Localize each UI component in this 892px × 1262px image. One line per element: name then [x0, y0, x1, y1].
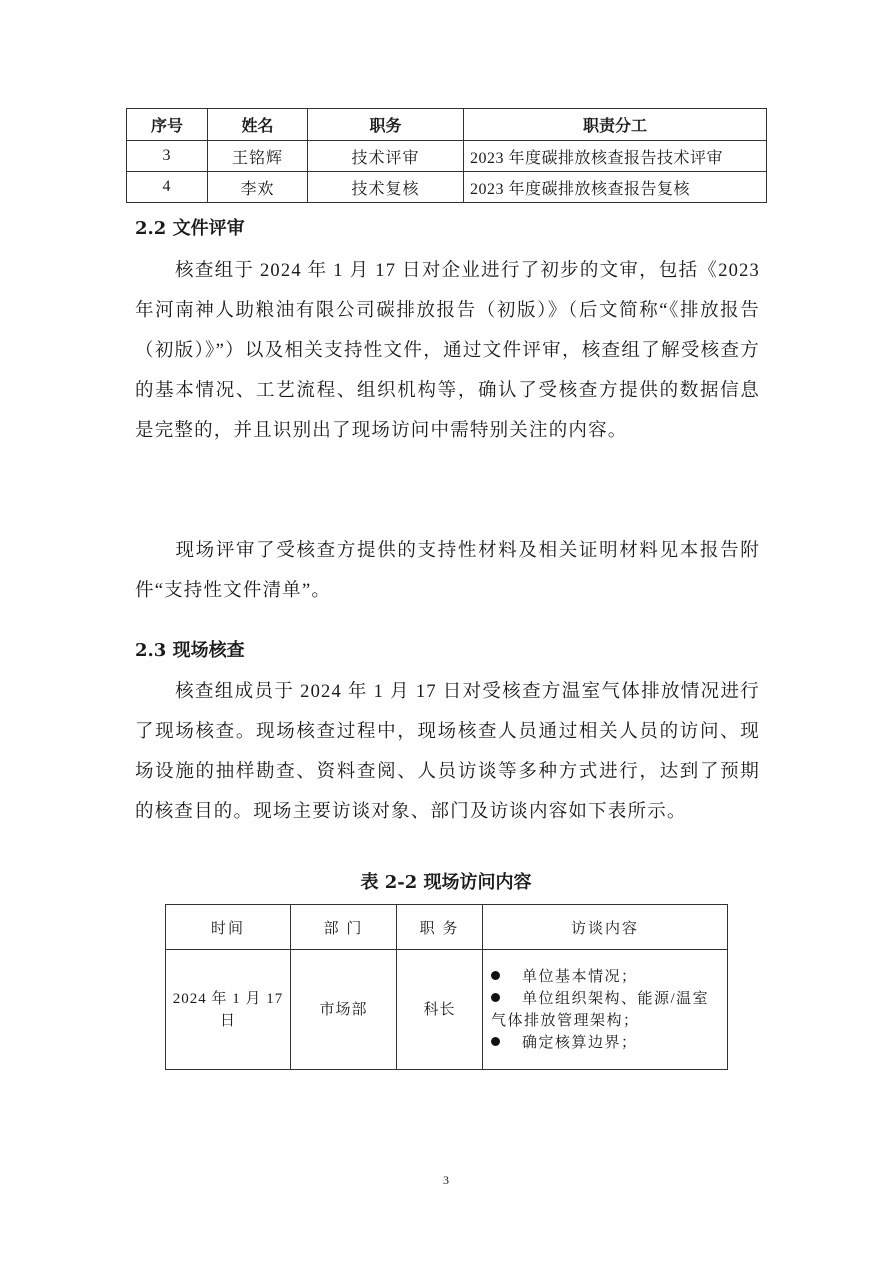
- table-row: 3 王铭辉 技术评审 2023 年度碳排放核查报告技术评审: [127, 141, 767, 172]
- bullet-icon: [491, 1037, 500, 1046]
- section-heading-2-2: 2.2 文件评审: [135, 214, 245, 240]
- table-row: 2024 年 1 月 17 日 市场部 科长 单位基本情况； 单位组织架构、能源…: [166, 950, 728, 1070]
- bullet-icon: [491, 993, 500, 1002]
- bullet-icon: [491, 971, 500, 980]
- cell-no: 3: [127, 141, 208, 172]
- table-row: 4 李欢 技术复核 2023 年度碳排放核查报告复核: [127, 172, 767, 203]
- header-duty: 职责分工: [464, 109, 767, 141]
- header-content: 访谈内容: [483, 905, 728, 950]
- header-role: 职务: [308, 109, 464, 141]
- paragraph-document-review: 核查组于 2024 年 1 月 17 日对企业进行了初步的文审，包括《2023 …: [135, 251, 760, 451]
- page-number: 3: [0, 1173, 892, 1188]
- paragraph-supporting-materials: 现场评审了受核查方提供的支持性材料及相关证明材料见本报告附件“支持性文件清单”。: [135, 531, 760, 611]
- cell-name: 王铭辉: [208, 141, 308, 172]
- cell-position: 科长: [397, 950, 483, 1070]
- cell-time: 2024 年 1 月 17 日: [166, 950, 291, 1070]
- team-table: 序号 姓名 职务 职责分工 3 王铭辉 技术评审 2023 年度碳排放核查报告技…: [126, 108, 767, 203]
- cell-role: 技术评审: [308, 141, 464, 172]
- cell-duty: 2023 年度碳排放核查报告复核: [464, 172, 767, 203]
- cell-content: 单位基本情况； 单位组织架构、能源/温室气体排放管理架构； 确定核算边界；: [483, 950, 728, 1070]
- section-heading-2-3: 2.3 现场核查: [135, 636, 245, 662]
- cell-dept: 市场部: [291, 950, 397, 1070]
- cell-role: 技术复核: [308, 172, 464, 203]
- header-no: 序号: [127, 109, 208, 141]
- cell-name: 李欢: [208, 172, 308, 203]
- table-header-row: 序号 姓名 职务 职责分工: [127, 109, 767, 141]
- paragraph-site-inspection: 核查组成员于 2024 年 1 月 17 日对受核查方温室气体排放情况进行了现场…: [135, 672, 760, 832]
- paragraph-text: 核查组于 2024 年 1 月 17 日对企业进行了初步的文审，包括《2023 …: [135, 261, 760, 441]
- list-item: 单位组织架构、能源/温室气体排放管理架构；: [491, 988, 723, 1032]
- cell-no: 4: [127, 172, 208, 203]
- header-position: 职 务: [397, 905, 483, 950]
- header-name: 姓名: [208, 109, 308, 141]
- interview-table: 时间 部 门 职 务 访谈内容 2024 年 1 月 17 日 市场部 科长 单…: [165, 904, 728, 1070]
- header-time: 时间: [166, 905, 291, 950]
- list-item: 单位基本情况；: [491, 966, 723, 988]
- table-header-row: 时间 部 门 职 务 访谈内容: [166, 905, 728, 950]
- list-item: 确定核算边界；: [491, 1032, 723, 1054]
- paragraph-text: 现场评审了受核查方提供的支持性材料及相关证明材料见本报告附件“支持性文件清单”。: [135, 541, 760, 601]
- cell-duty: 2023 年度碳排放核查报告技术评审: [464, 141, 767, 172]
- header-dept: 部 门: [291, 905, 397, 950]
- table-caption: 表 2-2 现场访问内容: [0, 868, 892, 894]
- paragraph-text: 核查组成员于 2024 年 1 月 17 日对受核查方温室气体排放情况进行了现场…: [135, 682, 760, 822]
